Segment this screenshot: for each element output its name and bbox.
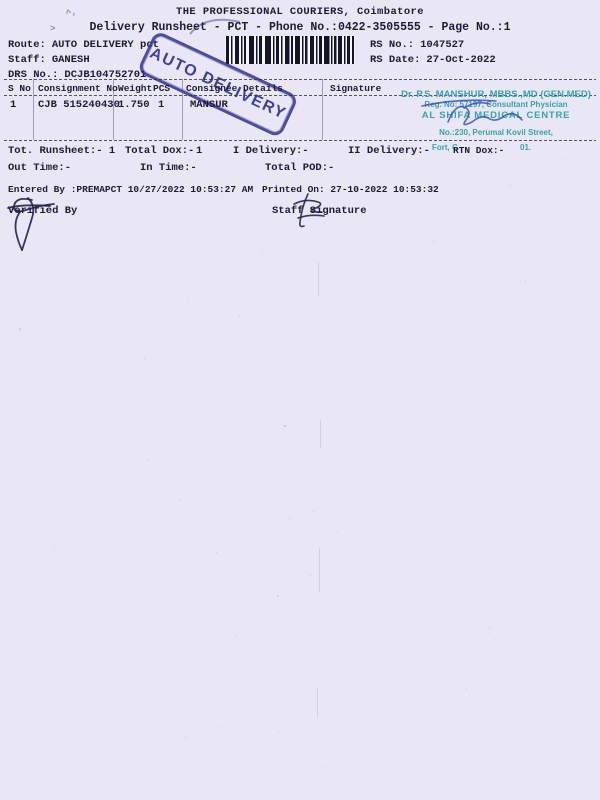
scan-speck — [205, 343, 206, 344]
table-bottom-border — [4, 140, 596, 141]
page-title: THE PROFESSIONAL COURIERS, Coimbatore — [0, 6, 600, 18]
table-col-divider — [182, 79, 183, 140]
scan-speck — [277, 595, 279, 597]
stamp-ink-smudge — [188, 12, 248, 36]
fold-crease — [318, 262, 319, 296]
scan-speck — [283, 107, 284, 108]
scan-speck — [255, 7, 256, 8]
col-header-consignee: Consignee Details — [186, 83, 283, 94]
staff-signature-mark — [288, 192, 332, 230]
scan-speck — [236, 636, 237, 637]
scan-speck — [405, 215, 406, 216]
total-dox-value: 1 — [196, 145, 202, 157]
rs-date-label: RS Date: — [370, 54, 420, 66]
scan-speck — [278, 578, 279, 579]
col-header-signature: Signature — [330, 83, 381, 94]
fold-crease — [317, 688, 318, 718]
cell-consignee: MANSUR — [190, 99, 228, 111]
scan-speck — [509, 243, 510, 244]
scan-speck — [188, 298, 189, 299]
scan-speck — [55, 546, 56, 547]
scan-speck — [218, 726, 219, 727]
scan-speck — [144, 358, 145, 359]
scan-speck — [284, 425, 286, 427]
cell-consignment-no: CJB 515240430 — [38, 99, 120, 111]
barcode — [225, 36, 355, 64]
scan-speck — [148, 460, 149, 461]
table-col-divider — [33, 79, 34, 140]
scan-speck — [114, 458, 115, 459]
scan-speck — [565, 159, 566, 160]
scan-speck — [150, 302, 151, 303]
scan-speck — [79, 527, 80, 528]
scan-speck — [77, 450, 78, 451]
scan-speck — [254, 648, 255, 649]
fold-crease — [319, 548, 320, 592]
scan-speck — [489, 632, 490, 633]
route-value: AUTO DELIVERY pct — [52, 39, 159, 51]
scan-speck — [302, 524, 303, 525]
scan-speck — [313, 511, 314, 512]
staff-label: Staff: — [8, 54, 46, 66]
out-time: Out Time:- — [8, 162, 71, 174]
scan-speck — [279, 731, 280, 732]
scan-speck — [489, 627, 490, 628]
col-header-s-no: S No — [8, 83, 31, 94]
fold-crease — [320, 420, 321, 448]
route-line: Route:AUTO DELIVERY pct — [8, 39, 159, 51]
col-header-pcs: PCS — [153, 83, 170, 94]
total-pod: Total POD:- — [265, 162, 334, 174]
scan-speck — [289, 518, 290, 519]
scan-speck — [337, 532, 338, 533]
scan-speck — [433, 241, 434, 242]
cell-pcs: 1 — [158, 99, 164, 111]
col-header-consignment-no: Consignment No — [38, 83, 118, 94]
scan-speck — [185, 737, 186, 738]
scan-speck — [310, 575, 311, 576]
scan-speck — [180, 500, 181, 501]
scan-speck — [5, 481, 6, 482]
verified-by-signature — [2, 192, 66, 256]
scan-speck — [18, 102, 19, 103]
staff-line: Staff:GANESH — [8, 54, 90, 66]
scan-speck — [466, 688, 467, 689]
ii-delivery: II Delivery:- — [348, 145, 430, 157]
scan-speck — [517, 647, 518, 648]
scan-speck — [410, 68, 411, 69]
scan-speck — [322, 766, 323, 767]
scan-speck — [77, 96, 78, 97]
col-header-weight: Weight — [118, 83, 152, 94]
total-dox-label: Total Dox:- — [125, 145, 194, 157]
scan-speck — [262, 253, 263, 254]
route-label: Route: — [8, 39, 46, 51]
scan-speck — [238, 699, 239, 700]
tot-runsheet: Tot. Runsheet:- 1 — [8, 145, 115, 157]
scan-artifact: > — [50, 24, 55, 34]
rs-no-label: RS No.: — [370, 39, 414, 51]
staff-value: GANESH — [52, 54, 90, 66]
scan-speck — [166, 330, 167, 331]
scan-speck — [216, 552, 217, 553]
scan-speck — [490, 584, 491, 585]
scan-speck — [19, 328, 21, 330]
doctor-stamp-city-right: 01. — [520, 143, 531, 152]
scan-speck — [398, 136, 399, 137]
rs-no-value: 1047527 — [420, 39, 464, 51]
scan-speck — [469, 786, 470, 787]
scan-speck — [361, 11, 363, 13]
rtn-dox-label: RTN Dox:- — [453, 145, 504, 156]
scan-speck — [223, 194, 224, 195]
rs-no-line: RS No.:1047527 — [370, 39, 464, 51]
scan-speck — [525, 281, 526, 282]
scan-speck — [501, 553, 502, 554]
i-delivery: I Delivery:- — [233, 145, 309, 157]
page-subtitle: Delivery Runsheet - PCT - Phone No.:0422… — [0, 21, 600, 34]
scan-speck — [510, 185, 511, 186]
consignee-signature — [418, 92, 548, 136]
rs-date-value: 27-Oct-2022 — [426, 54, 495, 66]
delivery-runsheet-document: THE PROFESSIONAL COURIERS, Coimbatore De… — [0, 0, 600, 800]
scan-speck — [559, 340, 560, 341]
in-time: In Time:- — [140, 162, 197, 174]
cell-weight: 1.750 — [118, 99, 150, 111]
table-col-divider — [322, 79, 323, 140]
scan-speck — [239, 315, 240, 316]
rs-date-line: RS Date:27-Oct-2022 — [370, 54, 496, 66]
cell-s-no: 1 — [10, 99, 16, 111]
scan-speck — [414, 16, 415, 17]
table-top-border — [4, 79, 596, 80]
scan-speck — [421, 555, 422, 556]
